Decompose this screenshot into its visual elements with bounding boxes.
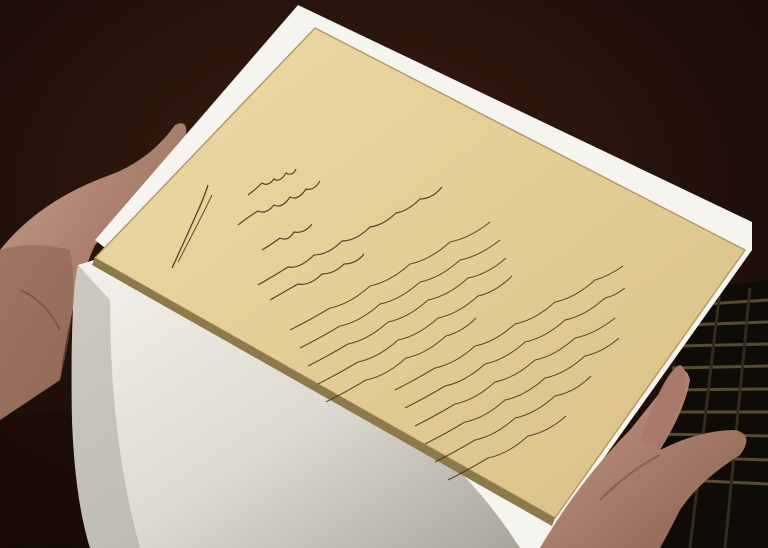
photo-scene	[0, 0, 768, 548]
scene-illustration	[0, 0, 768, 548]
